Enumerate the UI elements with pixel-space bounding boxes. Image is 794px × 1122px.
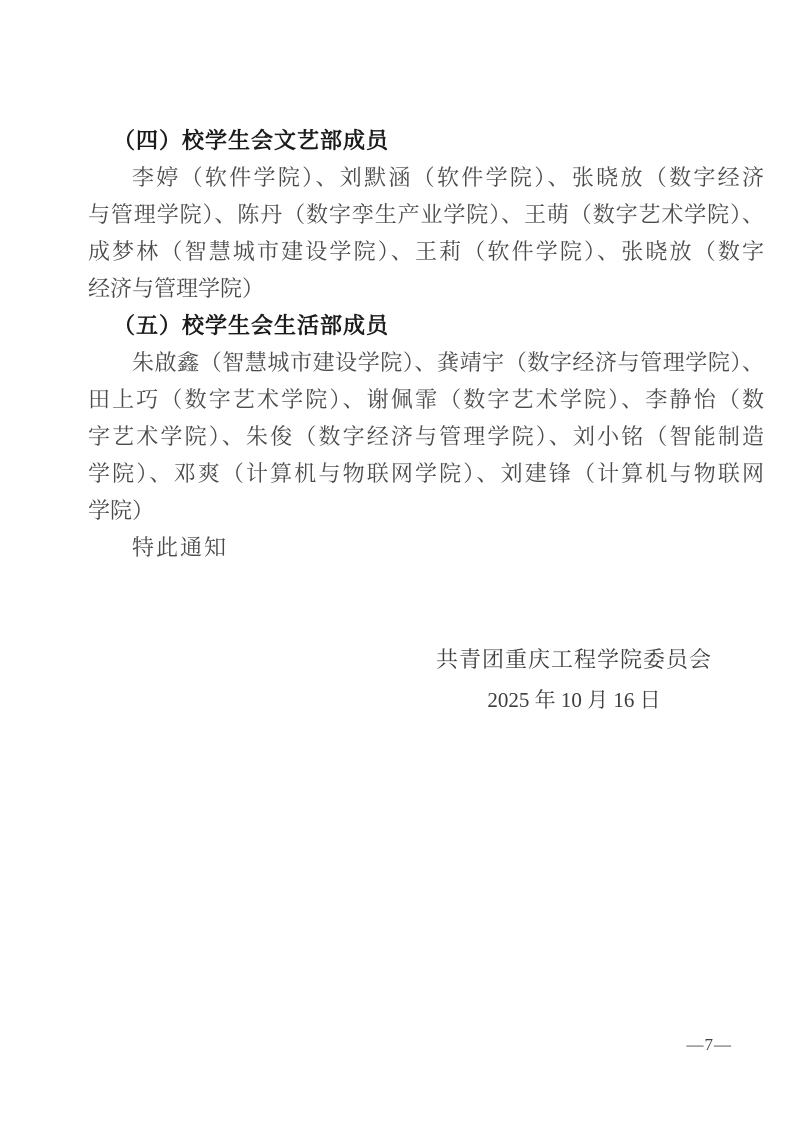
issuing-authority: 共青团重庆工程学院委员会	[436, 640, 712, 680]
paragraph-line: 田上巧（数字艺术学院）、谢佩霏（数字艺术学院）、李静怡（数	[88, 381, 764, 418]
paragraph-line: 朱啟鑫（智慧城市建设学院）、龚靖宇（数字经济与管理学院）、	[88, 344, 764, 381]
section-5-heading: （五）校学生会生活部成员	[88, 307, 764, 344]
paragraph-line: 与管理学院）、陈丹（数字孪生产业学院）、王萌（数字艺术学院）、	[88, 196, 764, 233]
section-4-heading: （四）校学生会文艺部成员	[88, 122, 764, 159]
section-5-members-paragraph: 朱啟鑫（智慧城市建设学院）、龚靖宇（数字经济与管理学院）、 田上巧（数字艺术学院…	[88, 344, 764, 529]
paragraph-line: 字艺术学院）、朱俊（数字经济与管理学院）、刘小铭（智能制造	[88, 418, 764, 455]
signature-block: 共青团重庆工程学院委员会 2025 年 10 月 16 日	[436, 640, 712, 720]
document-body: （四）校学生会文艺部成员 李婷（软件学院）、刘默涵（软件学院）、张晓放（数字经济…	[88, 122, 764, 720]
paragraph-line: 成梦林（智慧城市建设学院）、王莉（软件学院）、张晓放（数字	[88, 233, 764, 270]
paragraph-line: 学院）	[88, 492, 764, 529]
issue-date: 2025 年 10 月 16 日	[436, 680, 712, 720]
page-number: —7—	[687, 1034, 733, 1056]
closing-notice-line: 特此通知	[88, 529, 764, 566]
paragraph-line: 经济与管理学院）	[88, 270, 764, 307]
paragraph-line: 学院）、邓爽（计算机与物联网学院）、刘建锋（计算机与物联网	[88, 455, 764, 492]
section-4-members-paragraph: 李婷（软件学院）、刘默涵（软件学院）、张晓放（数字经济 与管理学院）、陈丹（数字…	[88, 159, 764, 307]
signature-area: 共青团重庆工程学院委员会 2025 年 10 月 16 日	[88, 640, 764, 720]
paragraph-line: 李婷（软件学院）、刘默涵（软件学院）、张晓放（数字经济	[88, 159, 764, 196]
document-page: （四）校学生会文艺部成员 李婷（软件学院）、刘默涵（软件学院）、张晓放（数字经济…	[0, 0, 794, 1122]
